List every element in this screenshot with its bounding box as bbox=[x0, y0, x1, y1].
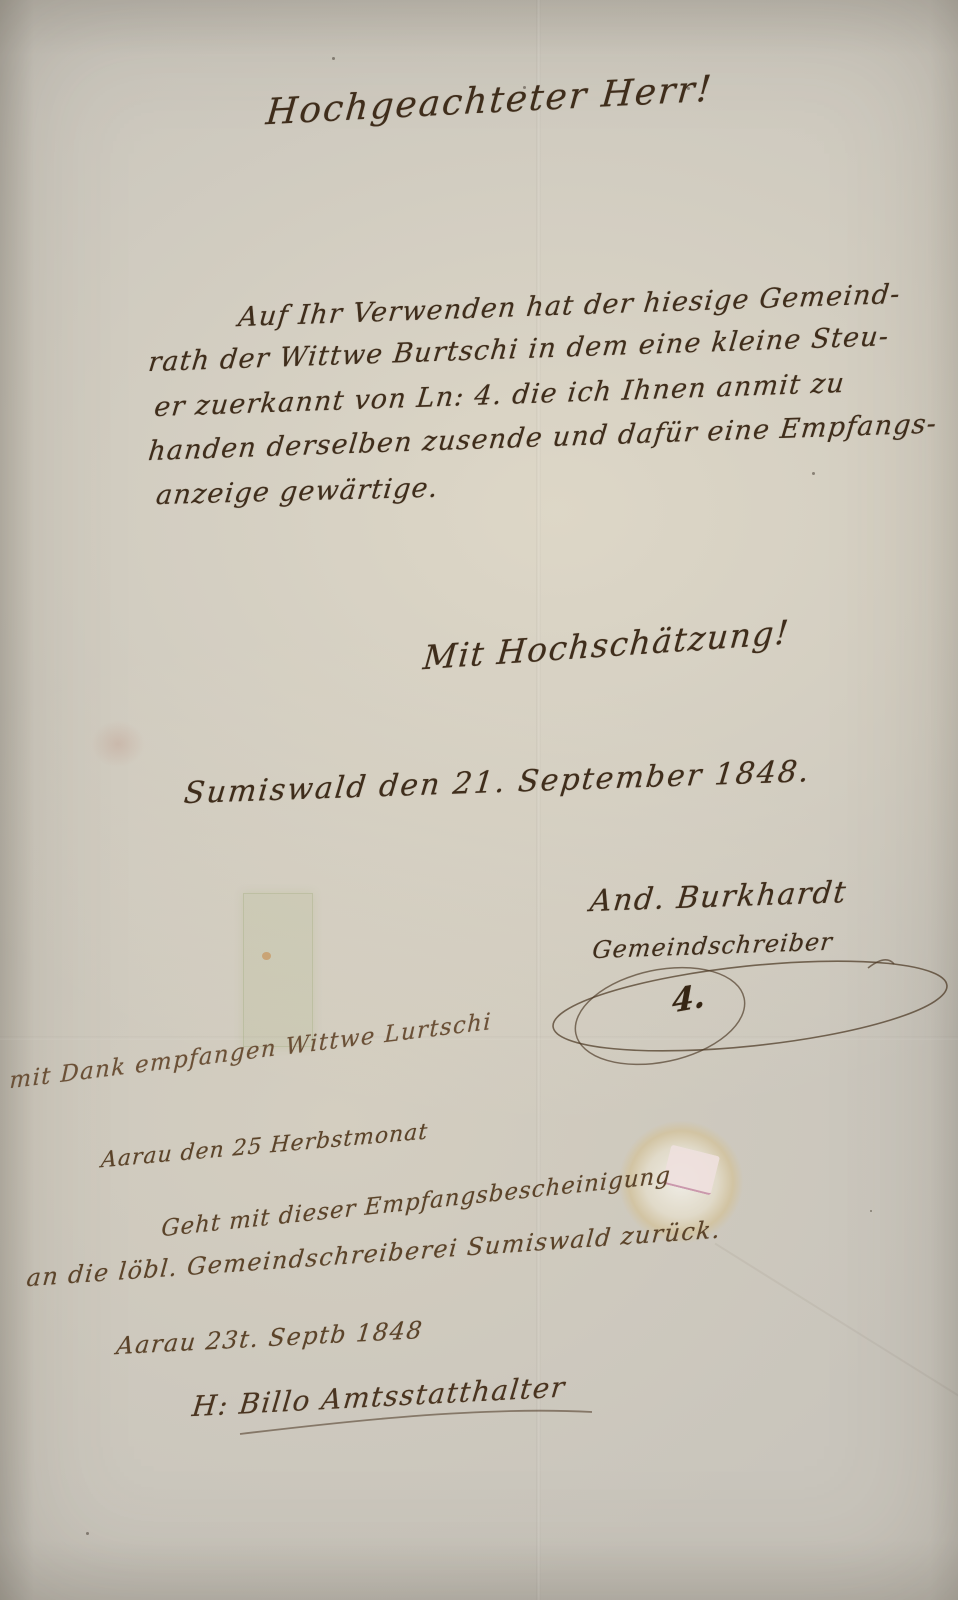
body-line-5: anzeige gewärtige. bbox=[154, 473, 440, 511]
salutation-line: Hochgeachteter Herr! bbox=[264, 69, 714, 134]
dust-speck bbox=[870, 1210, 872, 1212]
signature-name: And. Burkhardt bbox=[588, 875, 849, 919]
annotation-return-place-date: Aarau 23t. Septb 1848 bbox=[115, 1316, 425, 1360]
paper-stain bbox=[88, 718, 148, 770]
dust-speck bbox=[332, 57, 335, 60]
dateline: Sumiswald den 21. September 1848. bbox=[182, 754, 812, 811]
ghost-stamp-wax-dot bbox=[262, 952, 271, 960]
dust-speck bbox=[812, 472, 815, 475]
signature-flourish bbox=[538, 948, 948, 1073]
closing-line: Mit Hochschätzung! bbox=[422, 612, 792, 677]
official-signature-flourish bbox=[180, 1392, 610, 1452]
ghost-stamp bbox=[243, 893, 313, 1047]
annotation-return-note-line-2: an die löbl. Gemeindschreiberei Sumiswal… bbox=[26, 1215, 723, 1292]
letter-page: Hochgeachteter Herr! Auf Ihr Verwenden h… bbox=[0, 0, 958, 1600]
diagonal-crease bbox=[715, 1243, 958, 1420]
vertical-fold-crease bbox=[536, 0, 541, 1600]
annotation-receipt-place-date: Aarau den 25 Herbstmonat bbox=[100, 1119, 429, 1173]
dust-speck bbox=[86, 1532, 89, 1535]
